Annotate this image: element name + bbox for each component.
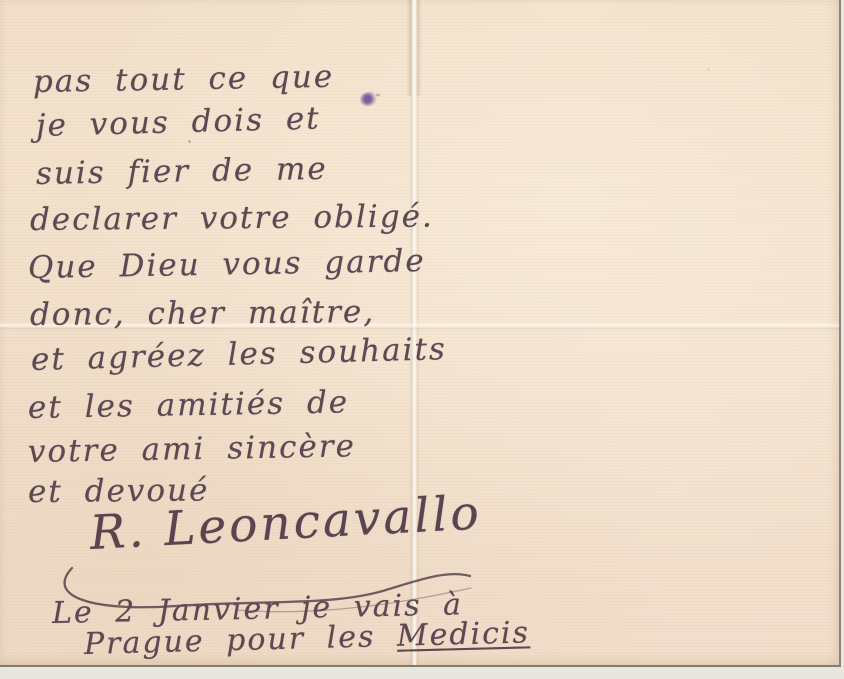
paper-specks xyxy=(188,140,191,143)
letter-line-8: et les amitiés de xyxy=(28,384,350,426)
letter-line-4: declarer votre obligé. xyxy=(30,198,434,238)
purple-ink-blot xyxy=(360,92,377,106)
letter-line-9: votre ami sincère xyxy=(28,428,357,470)
letter-line-6: donc, cher maître, xyxy=(30,294,375,333)
vertical-fold-top-edge xyxy=(406,0,422,96)
postscript-line-2-text: Prague pour les xyxy=(84,619,398,662)
letter-line-1: pas tout ce que xyxy=(33,59,335,100)
paper-sheet: pas tout ce que je vous dois et suis fie… xyxy=(0,0,841,667)
letter-line-2: je vous dois et xyxy=(36,101,322,144)
scanned-letter: pas tout ce que je vous dois et suis fie… xyxy=(0,0,844,679)
letter-line-5: Que Dieu vous garde xyxy=(28,243,426,286)
postscript-underlined-word: Medicis xyxy=(396,615,530,653)
letter-line-7: et agréez les souhaits xyxy=(31,331,448,378)
letter-line-3: suis fier de me xyxy=(36,151,328,192)
